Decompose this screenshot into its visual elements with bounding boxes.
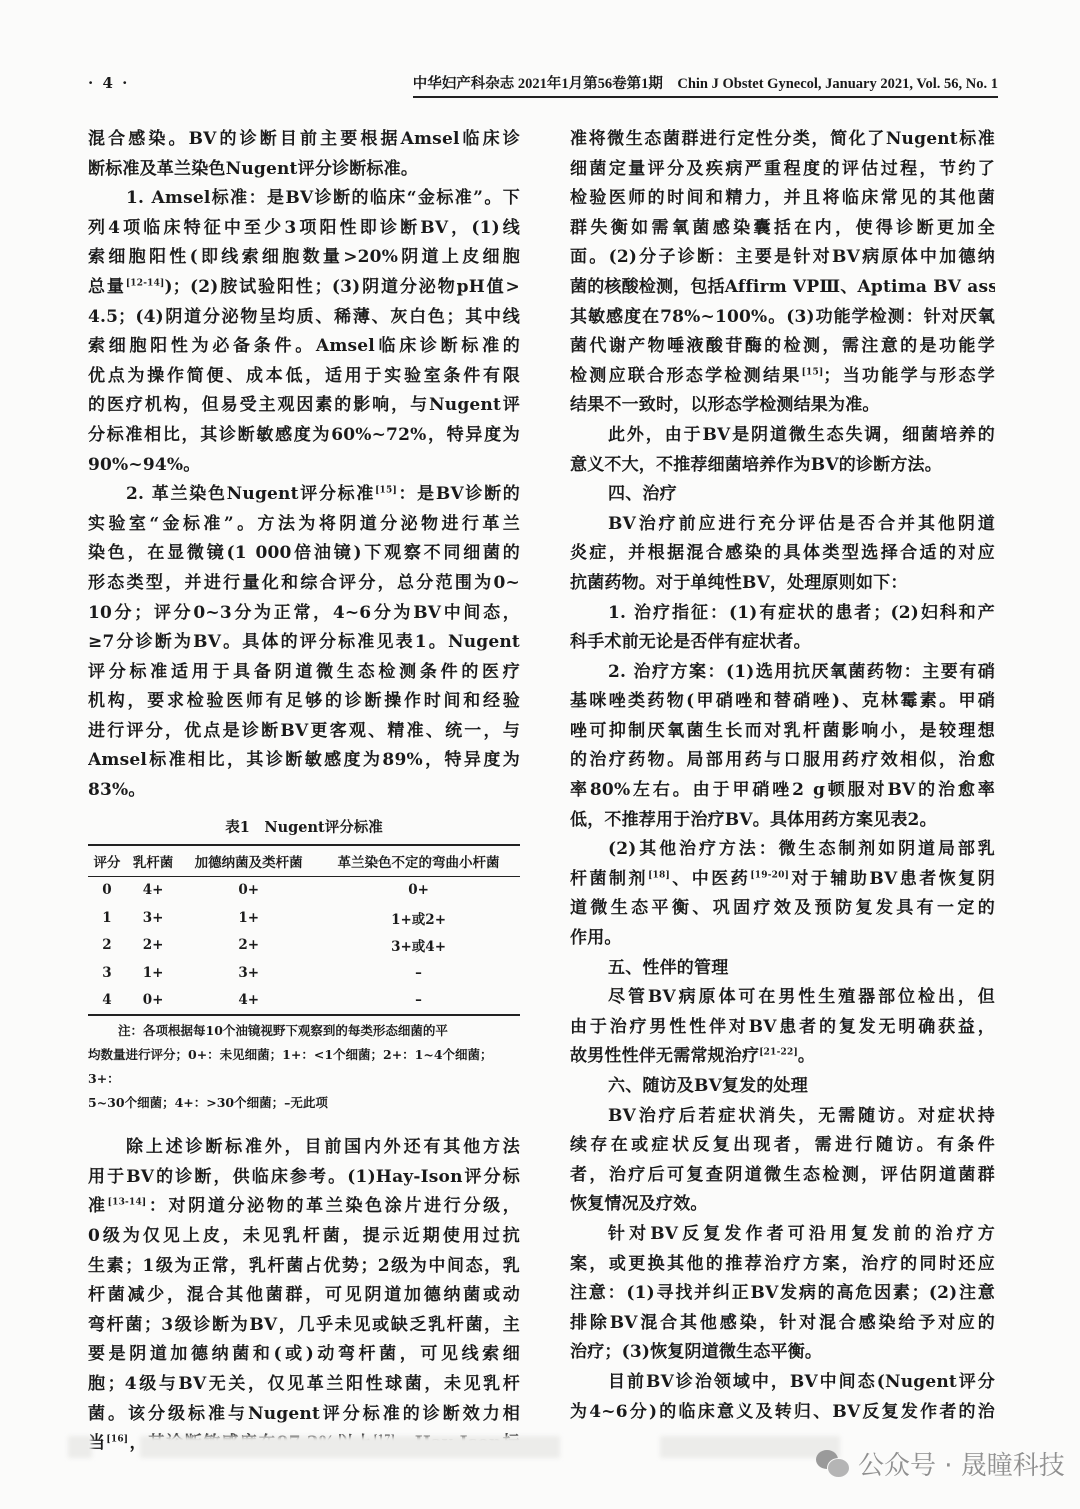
text-line: 2. 革兰染色Nugent评分标准[15]：是BV诊断的	[88, 480, 520, 510]
section-heading-partner-management: 五、性伴的管理	[570, 954, 995, 984]
text-line: 染色，在显微镜(1 000倍油镜)下观察不同细菌的	[88, 539, 520, 569]
watermark-text: 公众号 · 晟瞳科技	[858, 1445, 1065, 1482]
table-row: 40+4+–	[88, 987, 520, 1016]
text-line: 分标准相比，其诊断敏感度为60%~72%，特异度为	[88, 421, 520, 451]
text-line: 道微生态平衡、巩固疗效及预防复发具有一定的	[570, 894, 995, 924]
text-line: 索细胞阳性(即线索细胞数量>20%阴道上皮细胞	[88, 243, 520, 273]
text-line: 的治疗药物。局部用药与口服用药疗效相似，治愈	[570, 746, 995, 776]
text-line: 胞；4级与BV无关，仅见革兰阳性球菌，未见乳杆	[88, 1370, 520, 1400]
citation: [21-22]	[759, 1048, 798, 1058]
text-line: ≥7分诊断为BV。具体的评分标准见表1。Nugent	[88, 628, 520, 658]
page-number: · 4 ·	[88, 74, 129, 92]
journal-citation: 中华妇产科杂志 2021年1月第56卷第1期 Chin J Obstet Gyn…	[413, 72, 998, 98]
citation: [13-14]	[108, 1198, 147, 1208]
text-line: 优点为操作简便、成本低，适用于实验室条件有限	[88, 362, 520, 392]
nugent-score-table: 评分 乳杆菌 加德纳菌及类杆菌 革兰染色不定的弯曲小杆菌 04+0+0+ 13+…	[88, 844, 520, 1017]
text-line: 菌代谢产物唾液酸苷酶的检测，需注意的是功能学	[570, 332, 995, 362]
text-line: 总量[12-14])；(2)胺试验阳性；(3)阴道分泌物pH值>	[88, 273, 520, 303]
right-column: 准将微生态菌群进行定性分类，简化了Nugent标准 细菌定量评分及疾病严重程度的…	[570, 125, 995, 1427]
text-line: 注意：(1)寻找并纠正BV发病的高危因素；(2)注意	[570, 1279, 995, 1309]
text-line: 作用。	[570, 924, 995, 954]
text-line: 检验医师的时间和精力，并且将临床常见的其他菌	[570, 184, 995, 214]
text-line: 10分；评分0~3分为正常，4~6分为BV中间态，	[88, 599, 520, 629]
text-line: 为4~6分)的临床意义及转归、BV反复发作者的治	[570, 1398, 995, 1428]
text-line: 科手术前无论是否伴有症状者。	[570, 628, 995, 658]
text-line: 排除BV混合其他感染，针对混合感染给予对应的	[570, 1309, 995, 1339]
text-line: 案，或更换其他的推荐治疗方案，治疗的同时还应	[570, 1250, 995, 1280]
table-row: 04+0+0+	[88, 876, 520, 904]
watermark: 公众号 · 晟瞳科技	[816, 1443, 1065, 1483]
table-title: 表1 Nugent评分标准	[88, 814, 520, 844]
text-line: 断标准及革兰染色Nugent评分诊断标准。	[88, 155, 520, 185]
text-line: 准将微生态菌群进行定性分类，简化了Nugent标准	[570, 125, 995, 155]
text-line: 混合感染。BV的诊断目前主要根据Amsel临床诊	[88, 125, 520, 155]
text-line: 恢复情况及疗效。	[570, 1190, 995, 1220]
text-line: 治疗；(3)恢复阴道微生态平衡。	[570, 1338, 995, 1368]
text-line: 除上述诊断标准外，目前国内外还有其他方法	[88, 1133, 520, 1163]
text-line: 群失衡如需氧菌感染囊括在内，使得诊断更加全	[570, 214, 995, 244]
text-line: Amsel标准相比，其诊断敏感度为89%，特异度为	[88, 746, 520, 776]
text-line: 83%。	[88, 776, 520, 806]
table-row: 22+2+3+或4+	[88, 932, 520, 960]
citation: [19-20]	[750, 870, 789, 880]
text-line: 实验室“金标准”。方法为将阴道分泌物进行革兰	[88, 510, 520, 540]
text-line: 此外，由于BV是阴道微生态失调，细菌培养的	[570, 421, 995, 451]
text-line: 进行评分，优点是诊断BV更客观、精准、统一，与	[88, 717, 520, 747]
wechat-icon	[816, 1448, 850, 1478]
text-line: 要是阴道加德纳菌和(或)动弯杆菌，可见线索细	[88, 1340, 520, 1370]
text-line: 准[13-14]：对阴道分泌物的革兰染色涂片进行分级，	[88, 1192, 520, 1222]
table-row: 13+1+1+或2+	[88, 904, 520, 932]
faded-bleed-through	[60, 1432, 820, 1464]
text-line: 结果不一致时，以形态学检测结果为准。	[570, 391, 995, 421]
text-line: 针对BV反复发作者可沿用复发前的治疗方	[570, 1220, 995, 1250]
text-line: 杆菌制剂[18]、中医药[19-20]对于辅助BV患者恢复阴	[570, 865, 995, 895]
text-line: 的医疗机构，但易受主观因素的影响，与Nugent评	[88, 391, 520, 421]
citation: [15]	[802, 367, 824, 377]
text-line: 细菌定量评分及疾病严重程度的评估过程，节约了	[570, 155, 995, 185]
text-line: 者，治疗后可复查阴道微生态检测，评估阴道菌群	[570, 1161, 995, 1191]
text-line: 4.5；(4)阴道分泌物呈均质、稀薄、灰白色；其中线	[88, 303, 520, 333]
text-line: 列4项临床特征中至少3项阳性即诊断BV，(1)线	[88, 214, 520, 244]
text-line: 生素；1级为正常，乳杆菌占优势；2级为中间态，乳	[88, 1252, 520, 1282]
text-line: 意义不大，不推荐细菌培养作为BV的诊断方法。	[570, 451, 995, 481]
text-line: 唑可抑制厌氧菌生长而对乳杆菌影响小，是较理想	[570, 717, 995, 747]
text-line: 目前BV诊治领域中，BV中间态(Nugent评分	[570, 1368, 995, 1398]
page-header: · 4 · 中华妇产科杂志 2021年1月第56卷第1期 Chin J Obst…	[0, 70, 1080, 100]
text-line: 1. Amsel标准：是BV诊断的临床“金标准”。下	[88, 184, 520, 214]
text-line: 面。(2)分子诊断：主要是针对BV病原体中加德纳	[570, 243, 995, 273]
text-line: 机构，要求检验医师有足够的诊断操作时间和经验	[88, 687, 520, 717]
table-header: 革兰染色不定的弯曲小杆菌	[317, 845, 520, 877]
citation: [15]	[375, 485, 397, 495]
text-line: 杆菌减少，混合其他菌群，可见阴道加德纳菌或动	[88, 1281, 520, 1311]
text-line: BV治疗后若症状消失，无需随访。对症状持	[570, 1102, 995, 1132]
text-line: 评分标准适用于具备阴道微生态检测条件的医疗	[88, 658, 520, 688]
table-row: 31+3+–	[88, 959, 520, 987]
text-line: 由于治疗男性性伴对BV患者的复发无明确获益，	[570, 1013, 995, 1043]
text-line: 菌的核酸检测，包括Affirm VPⅢ、Aptima BV assay，	[570, 273, 995, 303]
text-line: 基咪唑类药物(甲硝唑和替硝唑)、克林霉素。甲硝	[570, 687, 995, 717]
citation: [12-14]	[126, 278, 165, 288]
text-line: 弯杆菌；3级诊断为BV，几乎未见或缺乏乳杆菌，主	[88, 1311, 520, 1341]
nugent-table-block: 表1 Nugent评分标准 评分 乳杆菌 加德纳菌及类杆菌 革兰染色不定的弯曲小…	[88, 814, 520, 1116]
text-line: 索细胞阳性为必备条件。Amsel临床诊断标准的	[88, 332, 520, 362]
text-line: 1. 治疗指征：(1)有症状的患者；(2)妇科和产	[570, 599, 995, 629]
citation: [18]	[648, 870, 670, 880]
text-line: 90%~94%。	[88, 451, 520, 481]
text-line: 用于BV的诊断，供临床参考。(1)Hay-Ison评分标	[88, 1163, 520, 1193]
section-heading-follow-up: 六、随访及BV复发的处理	[570, 1072, 995, 1102]
text-line: 检测应联合形态学检测结果[15]；当功能学与形态学	[570, 362, 995, 392]
text-line: 2. 治疗方案：(1)选用抗厌氧菌药物：主要有硝	[570, 658, 995, 688]
text-line: (2)其他治疗方法：微生态制剂如阴道局部乳	[570, 835, 995, 865]
text-line: 形态类型，并进行量化和综合评分，总分范围为0~	[88, 569, 520, 599]
text-line: 续存在或症状反复出现者，需进行随访。有条件	[570, 1131, 995, 1161]
table-header: 乳杆菌	[126, 845, 180, 877]
text-line: 尽管BV病原体可在男性生殖器部位检出，但	[570, 983, 995, 1013]
text-line: 炎症，并根据混合感染的具体类型选择合适的对应	[570, 539, 995, 569]
text-line: 菌。该分级标准与Nugent评分标准的诊断效力相	[88, 1400, 520, 1430]
table-header: 加德纳菌及类杆菌	[180, 845, 317, 877]
table-note: 注：各项根据每10个油镜视野下观察到的每类形态细菌的平 均数量进行评分；0+：未…	[88, 1019, 520, 1115]
section-heading-treatment: 四、治疗	[570, 480, 995, 510]
left-column: 混合感染。BV的诊断目前主要根据Amsel临床诊 断标准及革兰染色Nugent评…	[88, 125, 520, 1459]
text-line: 0级为仅见上皮，未见乳杆菌，提示近期使用过抗	[88, 1222, 520, 1252]
text-line: 故男性性伴无需常规治疗[21-22]。	[570, 1042, 995, 1072]
text-line: 率80%左右。由于甲硝唑2 g顿服对BV的治愈率	[570, 776, 995, 806]
text-line: 抗菌药物。对于单纯性BV，处理原则如下：	[570, 569, 995, 599]
text-line: 其敏感度在78%~100%。(3)功能学检测：针对厌氧	[570, 303, 995, 333]
table-header: 评分	[88, 845, 126, 877]
text-line: 低，不推荐用于治疗BV。具体用药方案见表2。	[570, 806, 995, 836]
text-line: BV治疗前应进行充分评估是否合并其他阴道	[570, 510, 995, 540]
